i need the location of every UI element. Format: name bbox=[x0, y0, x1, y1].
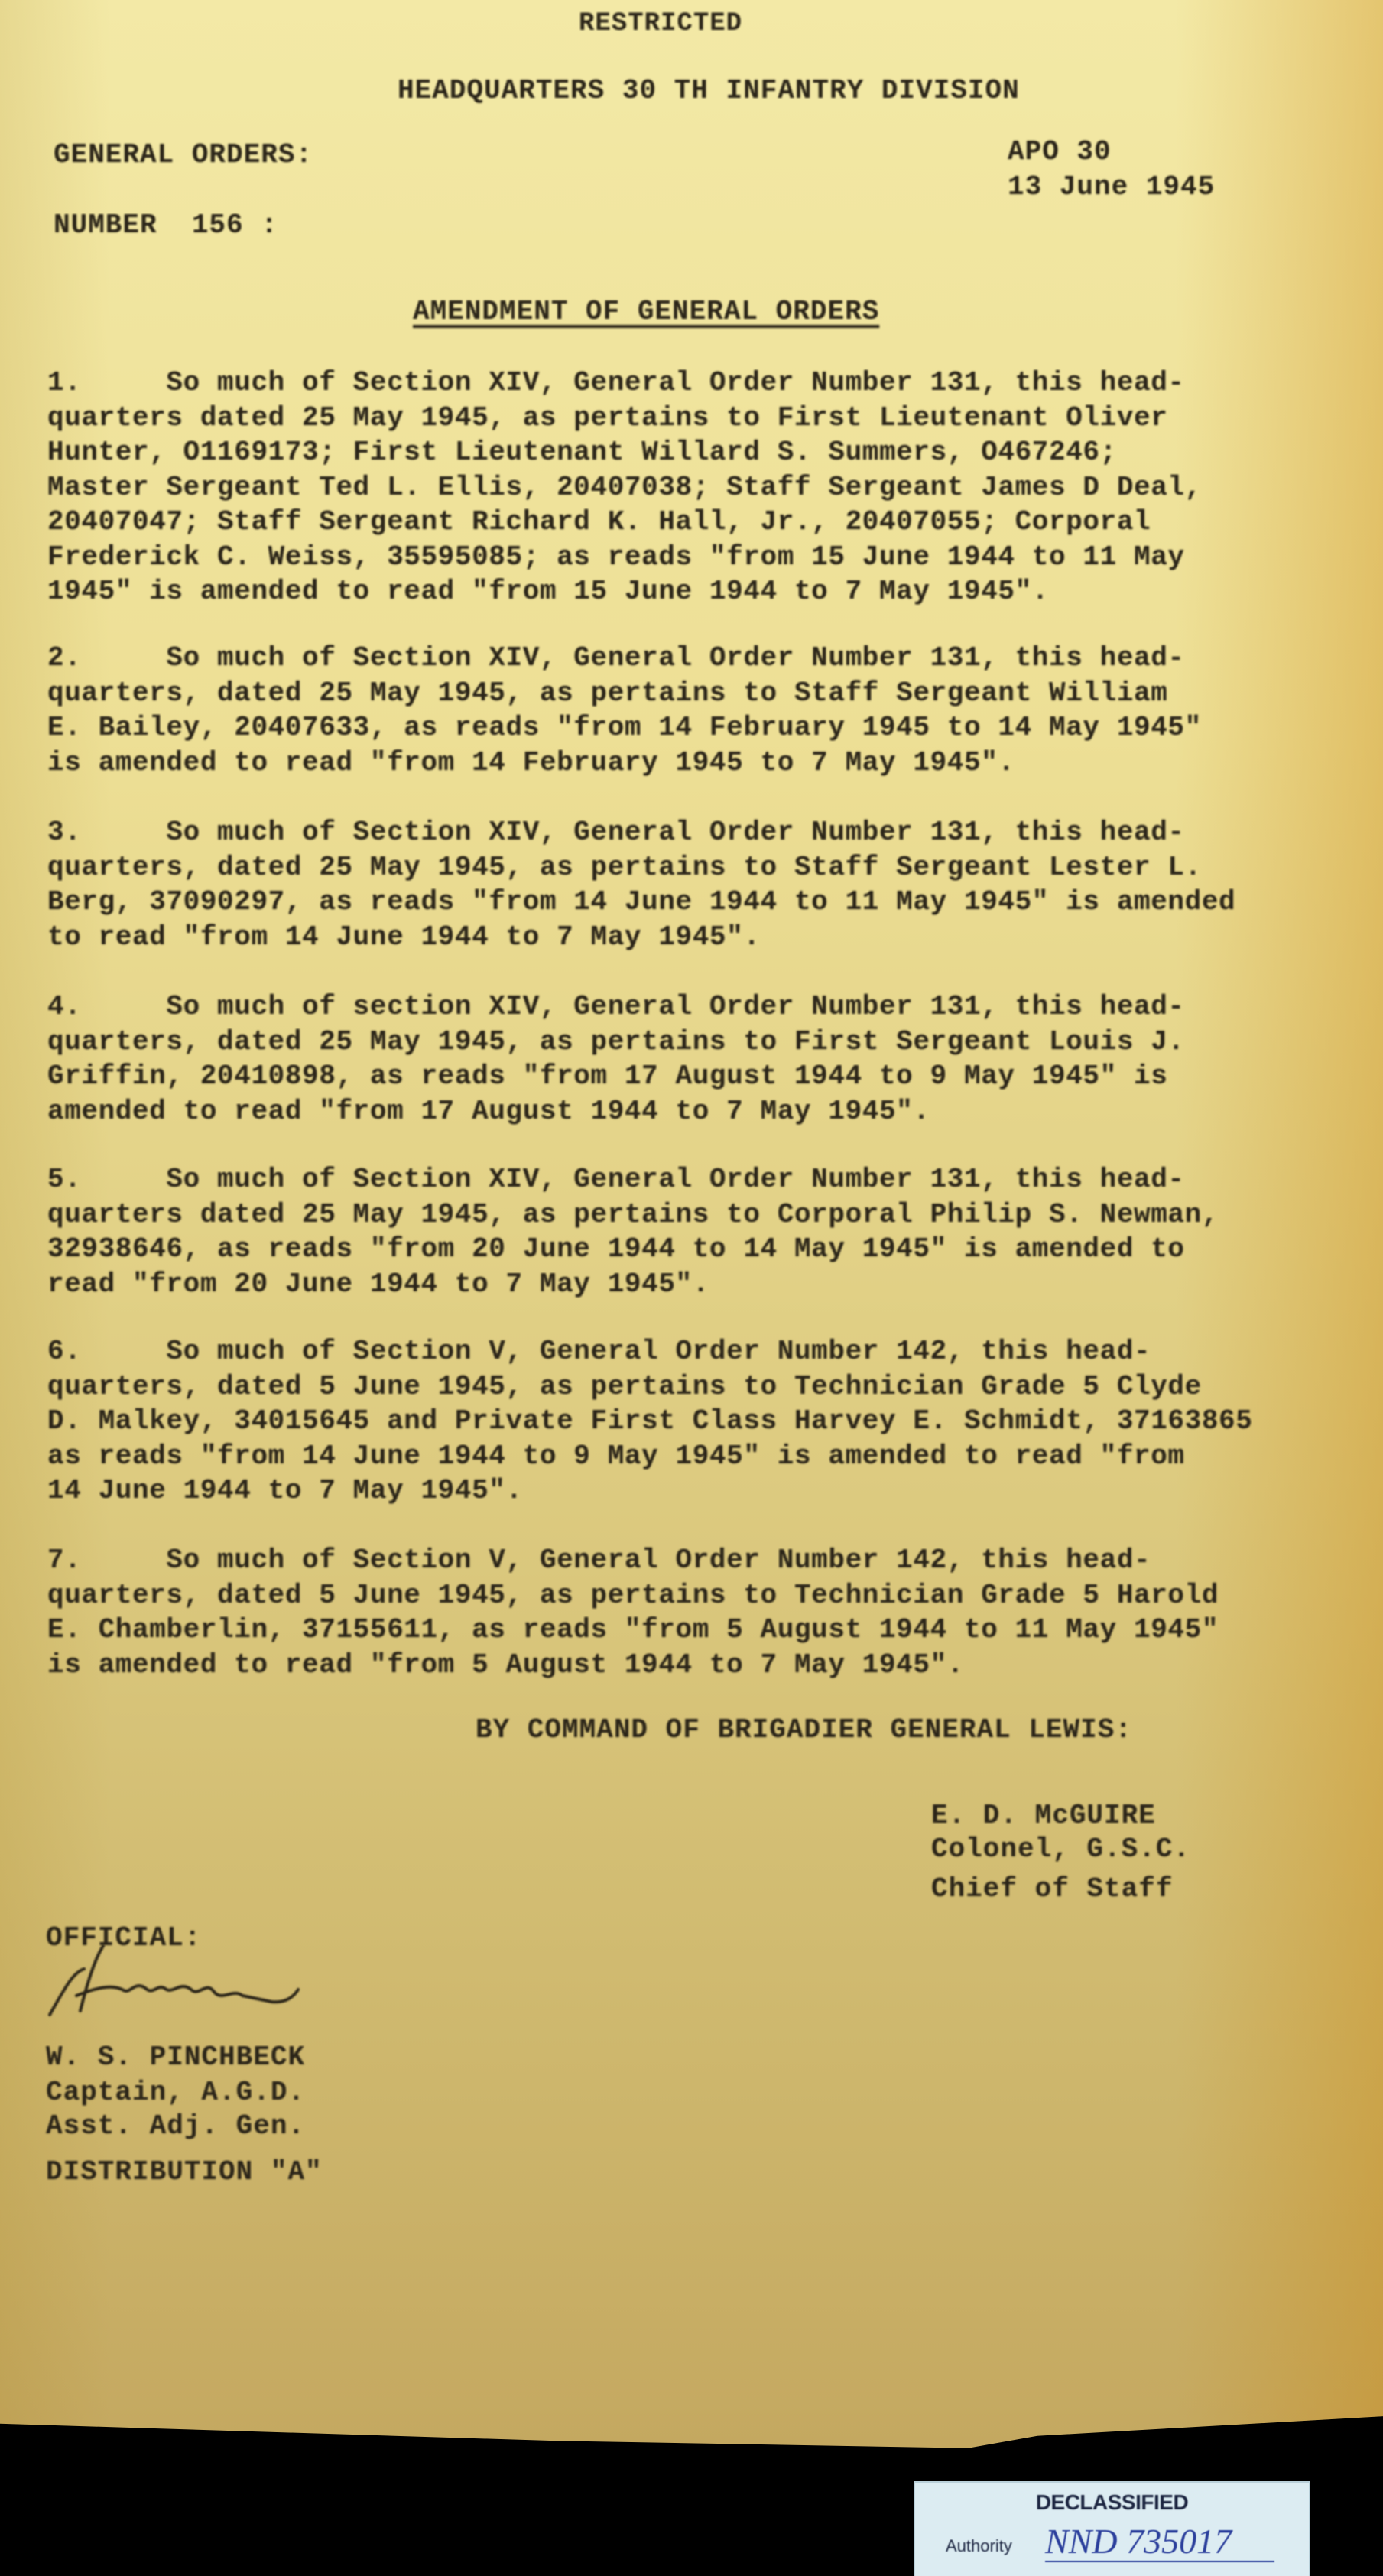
paragraph-line: amended to read "from 17 August 1944 to … bbox=[47, 1094, 1301, 1129]
paragraph-line: quarters, dated 25 May 1945, as pertains… bbox=[47, 850, 1301, 885]
paragraph-6: 6. So much of Section V, General Order N… bbox=[47, 1334, 1301, 1509]
paragraph-line: 4. So much of section XIV, General Order… bbox=[47, 989, 1301, 1025]
declassified-stamp: DECLASSIFIED Authority NND 735017 bbox=[914, 2481, 1310, 2576]
paragraph-7: 7. So much of Section V, General Order N… bbox=[47, 1543, 1301, 1682]
distribution-line: DISTRIBUTION "A" bbox=[46, 2155, 323, 2190]
paragraph-line: Hunter, O1169173; First Lieutenant Willa… bbox=[47, 435, 1301, 470]
paragraph-line: 6. So much of Section V, General Order N… bbox=[47, 1334, 1301, 1369]
document-title: AMENDMENT OF GENERAL ORDERS bbox=[413, 294, 879, 330]
paragraph-line: as reads "from 14 June 1944 to 9 May 194… bbox=[47, 1439, 1301, 1474]
declassified-heading: DECLASSIFIED bbox=[915, 2490, 1309, 2515]
paragraph-line: 3. So much of Section XIV, General Order… bbox=[47, 815, 1301, 850]
paragraph-line: Berg, 37090297, as reads "from 14 June 1… bbox=[47, 885, 1301, 920]
paragraph-line: Frederick C. Weiss, 35595085; as reads "… bbox=[47, 540, 1301, 575]
paragraph-line: D. Malkey, 34015645 and Private First Cl… bbox=[47, 1404, 1301, 1439]
paragraph-line: quarters, dated 25 May 1945, as pertains… bbox=[47, 1025, 1301, 1060]
paragraph-4: 4. So much of section XIV, General Order… bbox=[47, 989, 1301, 1129]
by-command-line: BY COMMAND OF BRIGADIER GENERAL LEWIS: bbox=[476, 1713, 1132, 1748]
paragraph-line: E. Chamberlin, 37155611, as reads "from … bbox=[47, 1613, 1301, 1648]
official-name: W. S. PINCHBECK bbox=[46, 2040, 305, 2075]
authority-label: Authority bbox=[946, 2536, 1012, 2556]
apo-number: APO 30 bbox=[1008, 135, 1112, 170]
official-title: Asst. Adj. Gen. bbox=[46, 2109, 305, 2144]
paragraph-line: Master Sergeant Ted L. Ellis, 20407038; … bbox=[47, 470, 1301, 505]
official-rank: Captain, A.G.D. bbox=[46, 2075, 305, 2110]
paragraph-5: 5. So much of Section XIV, General Order… bbox=[47, 1162, 1301, 1301]
paragraph-line: quarters dated 25 May 1945, as pertains … bbox=[47, 401, 1301, 436]
general-orders-label: GENERAL ORDERS: bbox=[54, 138, 313, 173]
paragraph-line: quarters dated 25 May 1945, as pertains … bbox=[47, 1197, 1301, 1233]
paragraph-line: 20407047; Staff Sergeant Richard K. Hall… bbox=[47, 505, 1301, 540]
headquarters-heading: HEADQUARTERS 30 TH INFANTRY DIVISION bbox=[398, 73, 1020, 109]
paragraph-3: 3. So much of Section XIV, General Order… bbox=[47, 815, 1301, 954]
paragraph-line: is amended to read "from 5 August 1944 t… bbox=[47, 1648, 1301, 1683]
paragraph-line: quarters, dated 25 May 1945, as pertains… bbox=[47, 676, 1301, 711]
paragraph-line: to read "from 14 June 1944 to 7 May 1945… bbox=[47, 920, 1301, 955]
chief-of-staff-name: E. D. McGUIRE bbox=[931, 1798, 1156, 1834]
paragraph-line: 1945" is amended to read "from 15 June 1… bbox=[47, 574, 1301, 609]
paragraph-line: Griffin, 20410898, as reads "from 17 Aug… bbox=[47, 1059, 1301, 1094]
chief-of-staff-title: Chief of Staff bbox=[931, 1872, 1173, 1907]
handwritten-signature bbox=[42, 1942, 302, 2026]
paragraph-line: 32938646, as reads "from 20 June 1944 to… bbox=[47, 1232, 1301, 1267]
paragraph-line: 5. So much of Section XIV, General Order… bbox=[47, 1162, 1301, 1197]
paragraph-line: 14 June 1944 to 7 May 1945". bbox=[47, 1473, 1301, 1509]
paragraph-line: 7. So much of Section V, General Order N… bbox=[47, 1543, 1301, 1578]
chief-of-staff-rank: Colonel, G.S.C. bbox=[931, 1832, 1190, 1867]
paragraph-line: 1. So much of Section XIV, General Order… bbox=[47, 365, 1301, 401]
paragraph-line: quarters, dated 5 June 1945, as pertains… bbox=[47, 1578, 1301, 1613]
paragraph-line: read "from 20 June 1944 to 7 May 1945". bbox=[47, 1267, 1301, 1302]
authority-number: NND 735017 bbox=[1045, 2522, 1274, 2562]
paragraph-2: 2. So much of Section XIV, General Order… bbox=[47, 641, 1301, 780]
paragraph-line: is amended to read "from 14 February 194… bbox=[47, 746, 1301, 781]
order-number: NUMBER 156 : bbox=[54, 208, 278, 243]
paragraph-line: 2. So much of Section XIV, General Order… bbox=[47, 641, 1301, 676]
paragraph-line: quarters, dated 5 June 1945, as pertains… bbox=[47, 1369, 1301, 1405]
paragraph-1: 1. So much of Section XIV, General Order… bbox=[47, 365, 1301, 609]
paragraph-line: E. Bailey, 20407633, as reads "from 14 F… bbox=[47, 710, 1301, 746]
classification-marking: RESTRICTED bbox=[579, 6, 742, 41]
document-date: 13 June 1945 bbox=[1008, 170, 1215, 205]
